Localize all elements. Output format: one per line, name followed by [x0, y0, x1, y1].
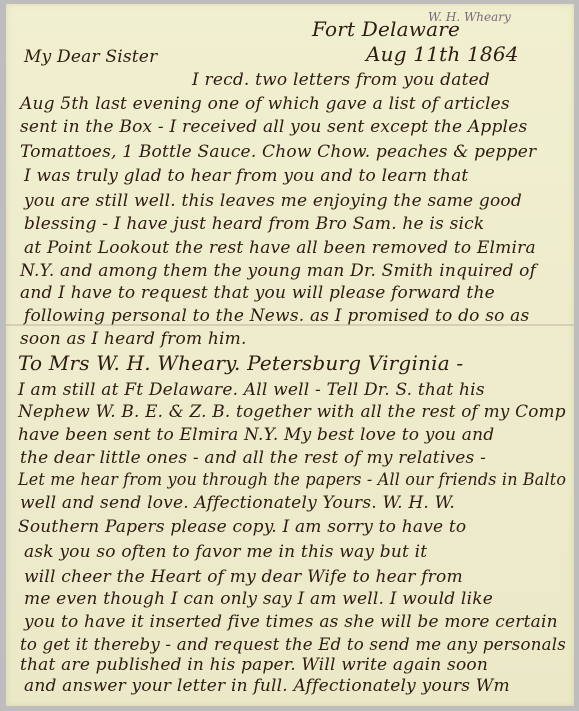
letter-line: to get it thereby - and request the Ed t…: [20, 635, 566, 655]
letter-salutation: My Dear Sister: [24, 47, 157, 67]
letter-line: me even though I can only say I am well.…: [24, 589, 493, 609]
letter-line: Aug 5th last evening one of which gave a…: [20, 94, 510, 114]
letter-line: following personal to the News. as I pro…: [24, 306, 529, 326]
letter-place: Fort Delaware: [312, 17, 460, 41]
letter-line: at Point Lookout the rest have all been …: [24, 238, 536, 258]
letter-line: N.Y. and among them the young man Dr. Sm…: [20, 261, 536, 281]
letter-line: Southern Papers please copy. I am sorry …: [18, 517, 466, 537]
letter-line: I am still at Ft Delaware. All well - Te…: [18, 380, 485, 400]
letter-line: have been sent to Elmira N.Y. My best lo…: [18, 425, 494, 445]
letter-line: I recd. two letters from you dated: [192, 70, 490, 90]
letter-line: Tomattoes, 1 Bottle Sauce. Chow Chow. pe…: [20, 142, 536, 162]
personal-heading: To Mrs W. H. Wheary. Petersburg Virginia…: [18, 351, 463, 375]
letter-line: ask you so often to favor me in this way…: [24, 542, 427, 562]
letter-line: you to have it inserted five times as sh…: [24, 612, 558, 632]
letter-line: that are published in his paper. Will wr…: [20, 655, 488, 675]
letter-line: soon as I heard from him.: [20, 329, 247, 349]
letter-line: will cheer the Heart of my dear Wife to …: [24, 567, 463, 587]
letter-line: I was truly glad to hear from you and to…: [24, 166, 468, 186]
letter-line: you are still well. this leaves me enjoy…: [24, 191, 522, 211]
letter-line: well and send love. Affectionately Yours…: [20, 493, 455, 513]
letter-line: sent in the Box - I received all you sen…: [20, 117, 527, 137]
letter-page: W. H. Wheary Fort Delaware Aug 11th 1864…: [6, 4, 574, 706]
letter-closing: and answer your letter in full. Affectio…: [24, 676, 510, 696]
letter-line: Nephew W. B. E. & Z. B. together with al…: [18, 402, 566, 422]
letter-line: Let me hear from you through the papers …: [18, 470, 566, 490]
letter-line: and I have to request that you will plea…: [20, 283, 495, 303]
letter-line: blessing - I have just heard from Bro Sa…: [24, 214, 484, 234]
letter-line: the dear little ones - and all the rest …: [20, 448, 486, 468]
letter-date: Aug 11th 1864: [366, 42, 519, 66]
